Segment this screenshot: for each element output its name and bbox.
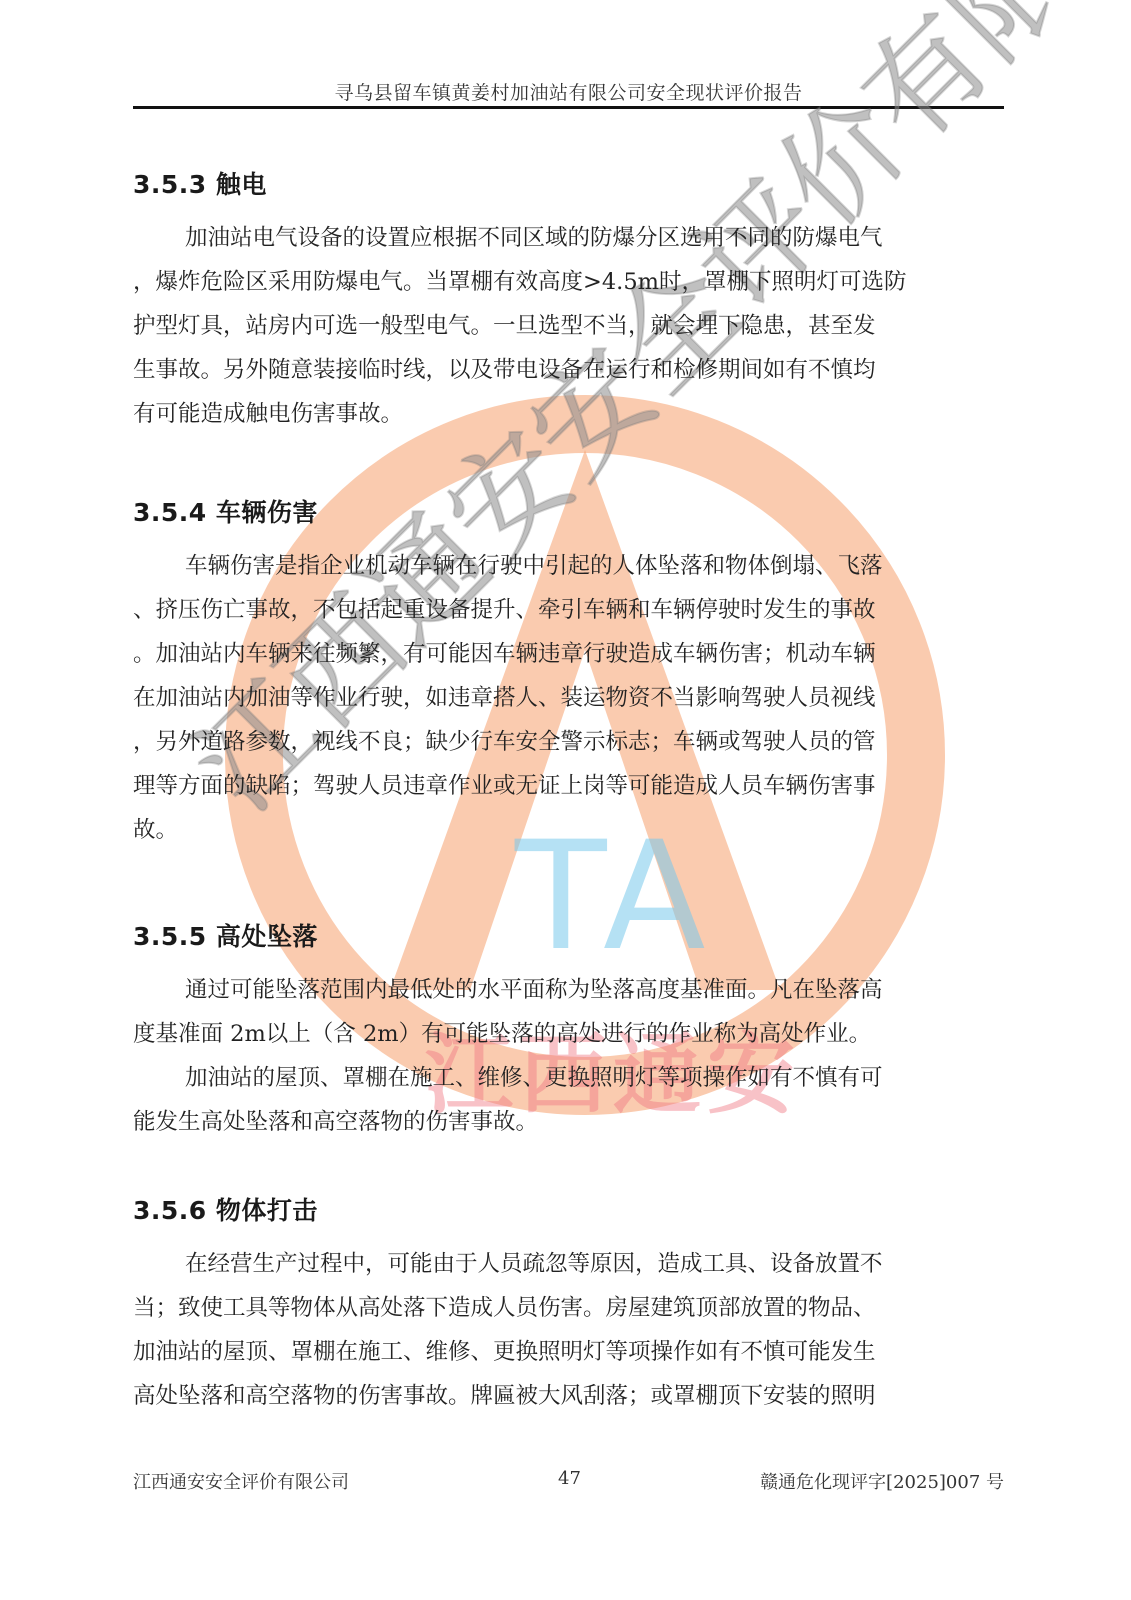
text-line: 有可能造成触电伤害事故。 [133,392,906,436]
text-line: 度基准面 2m以上（含 2m）有可能坠落的高处进行的作业称为高处作业。 [133,1012,883,1056]
header-rule [133,106,1004,109]
section-3-5-6: 3.5.6 物体打击 在经营生产过程中，可能由于人员疏忽等原因，造成工具、设备放… [133,1186,883,1418]
section-heading: 3.5.6 物体打击 [133,1186,883,1236]
section-heading: 3.5.3 触电 [133,160,906,210]
text-line: 当；致使工具等物体从高处落下造成人员伤害。房屋建筑顶部放置的物品、 [133,1286,883,1330]
paragraph: 在经营生产过程中，可能由于人员疏忽等原因，造成工具、设备放置不 当；致使工具等物… [133,1242,883,1418]
text-line: 。加油站内车辆来往频繁，有可能因车辆违章行驶造成车辆伤害；机动车辆 [133,632,883,676]
section-3-5-3: 3.5.3 触电 加油站电气设备的设置应根据不同区域的防爆分区选用不同的防爆电气… [133,160,906,436]
section-3-5-4: 3.5.4 车辆伤害 车辆伤害是指企业机动车辆在行驶中引起的人体坠落和物体倒塌、… [133,488,883,852]
text-line: ，另外道路参数，视线不良；缺少行车安全警示标志；车辆或驾驶人员的管 [133,720,883,764]
text-line: 、挤压伤亡事故，不包括起重设备提升、牵引车辆和车辆停驶时发生的事故 [133,588,883,632]
paragraph: 加油站的屋顶、罩棚在施工、维修、更换照明灯等项操作如有不慎有可 能发生高处坠落和… [133,1056,883,1144]
text-line: 加油站的屋顶、罩棚在施工、维修、更换照明灯等项操作如有不慎可能发生 [133,1330,883,1374]
section-heading: 3.5.5 高处坠落 [133,912,883,962]
paragraph: 加油站电气设备的设置应根据不同区域的防爆分区选用不同的防爆电气 ，爆炸危险区采用… [133,216,906,436]
text-line: 在经营生产过程中，可能由于人员疏忽等原因，造成工具、设备放置不 [133,1242,883,1286]
text-line: 高处坠落和高空落物的伤害事故。牌匾被大风刮落；或罩棚顶下安装的照明 [133,1374,883,1418]
text-line: 车辆伤害是指企业机动车辆在行驶中引起的人体坠落和物体倒塌、飞落 [133,544,883,588]
paragraph: 通过可能坠落范围内最低处的水平面称为坠落高度基准面。凡在坠落高 度基准面 2m以… [133,968,883,1056]
text-line: 理等方面的缺陷；驾驶人员违章作业或无证上岗等可能造成人员车辆伤害事 [133,764,883,808]
page-number: 47 [558,1468,581,1489]
text-line: 通过可能坠落范围内最低处的水平面称为坠落高度基准面。凡在坠落高 [133,968,883,1012]
text-line: 护型灯具，站房内可选一般型电气。一旦选型不当，就会埋下隐患，甚至发 [133,304,906,348]
section-heading: 3.5.4 车辆伤害 [133,488,883,538]
document-page: 寻乌县留车镇黄姜村加油站有限公司安全现状评价报告 TA 江西通安 江西通安安全评… [0,0,1131,1600]
text-line: ，爆炸危险区采用防爆电气。当罩棚有效高度>4.5m时，罩棚下照明灯可选防 [133,260,906,304]
footer-company: 江西通安安全评价有限公司 [133,1468,349,1494]
section-3-5-5: 3.5.5 高处坠落 通过可能坠落范围内最低处的水平面称为坠落高度基准面。凡在坠… [133,912,883,1144]
running-header: 寻乌县留车镇黄姜村加油站有限公司安全现状评价报告 [133,78,1004,105]
text-line: 故。 [133,808,883,852]
text-line: 在加油站内加油等作业行驶，如违章搭人、装运物资不当影响驾驶人员视线 [133,676,883,720]
text-line: 加油站的屋顶、罩棚在施工、维修、更换照明灯等项操作如有不慎有可 [133,1056,883,1100]
footer-doc-number: 赣通危化现评字[2025]007 号 [760,1468,1004,1494]
paragraph: 车辆伤害是指企业机动车辆在行驶中引起的人体坠落和物体倒塌、飞落 、挤压伤亡事故，… [133,544,883,852]
text-line: 生事故。另外随意装接临时线，以及带电设备在运行和检修期间如有不慎均 [133,348,906,392]
text-line: 能发生高处坠落和高空落物的伤害事故。 [133,1100,883,1144]
text-line: 加油站电气设备的设置应根据不同区域的防爆分区选用不同的防爆电气 [133,216,906,260]
